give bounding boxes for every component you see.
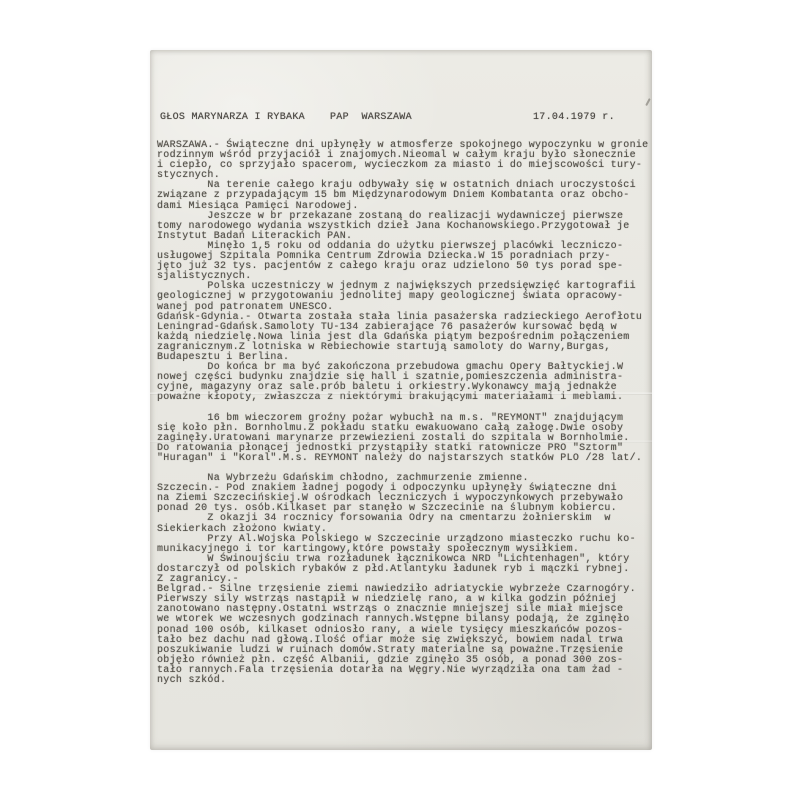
publication-title: GŁOS MARYNARZA I RYBAKA [160,112,305,123]
text-line: poważne kłopoty, zwłaszcza z niektórymi … [157,393,649,403]
text-line: we wtorek we wczesnych godzinach rannych… [157,615,649,625]
document-page: GŁOS MARYNARZA I RYBAKA PAP WARSZAWA 17.… [150,50,652,750]
text-line: "Huragan" i "Koral".M.s. REYMONT należy … [157,454,649,464]
document-body: WARSZAWA.- Świąteczne dni upłynęły w atm… [157,141,649,686]
pen-mark [645,98,650,106]
text-line: nych szkód. [157,676,649,686]
text-line: tało rannych.Fala trzęsienia dotarła na … [157,666,649,676]
agency-name: PAP WARSZAWA [330,112,412,123]
text-line: i ciepło, co sprzyjało spacerom, wyciecz… [157,161,649,171]
scan-background: GŁOS MARYNARZA I RYBAKA PAP WARSZAWA 17.… [0,0,800,800]
document-date: 17.04.1979 r. [533,112,615,123]
text-line: geologicznej w przygotowaniu jednolitej … [157,292,649,302]
